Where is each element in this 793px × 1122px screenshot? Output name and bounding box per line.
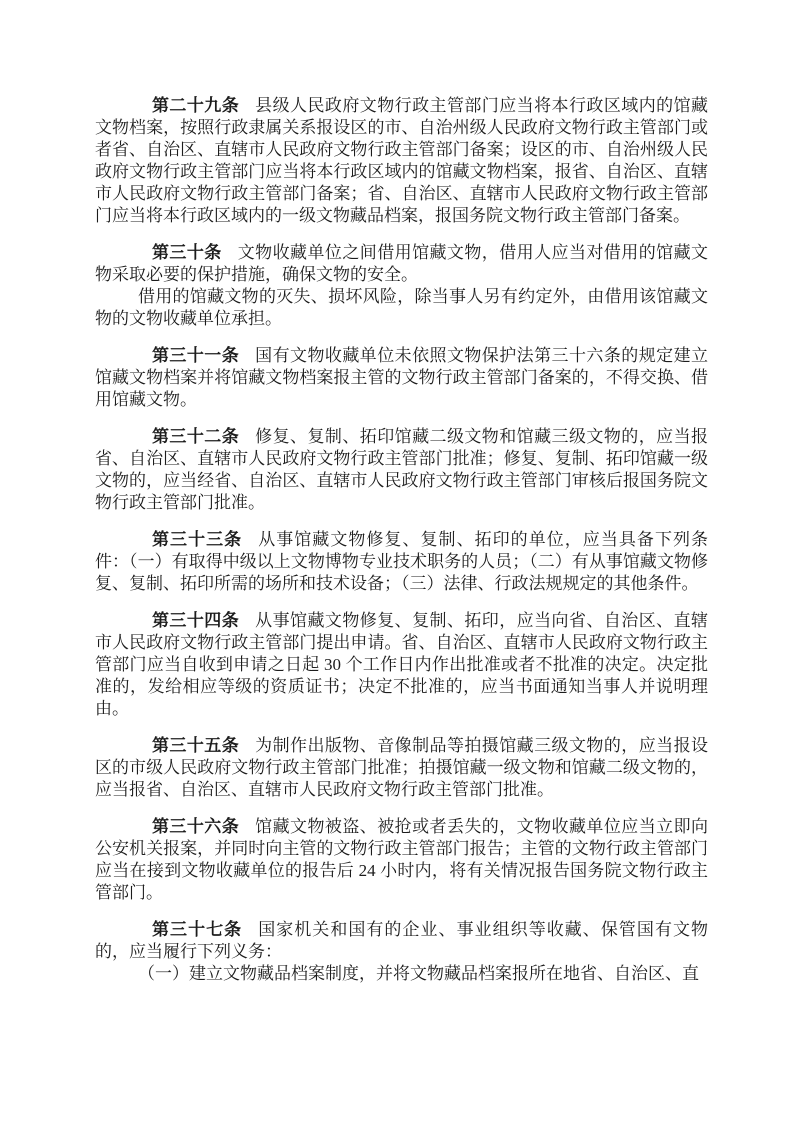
article-36-number: 第三十六条 (152, 817, 255, 836)
article-37-number: 第三十七条 (152, 920, 258, 939)
article-29-paragraph-1: 第二十九条县级人民政府文物行政主管部门应当将本行政区域内的馆藏文物档案，按照行政… (95, 95, 708, 227)
article-29-text: 县级人民政府文物行政主管部门应当将本行政区域内的馆藏文物档案，按照行政隶属关系报… (95, 96, 708, 225)
article-32: 第三十二条修复、复制、拓印馆藏二级文物和馆藏三级文物的，应当报省、自治区、直辖市… (95, 426, 708, 514)
article-34: 第三十四条从事馆藏文物修复、复制、拓印，应当向省、自治区、直辖市人民政府文物行政… (95, 610, 708, 720)
article-32-paragraph-1: 第三十二条修复、复制、拓印馆藏二级文物和馆藏三级文物的，应当报省、自治区、直辖市… (95, 426, 708, 514)
article-35: 第三十五条为制作出版物、音像制品等拍摄馆藏三级文物的，应当报设区的市级人民政府文… (95, 735, 708, 801)
article-30-number: 第三十条 (152, 243, 238, 262)
article-30-paragraph-2: 借用的馆藏文物的灭失、损坏风险，除当事人另有约定外，由借用该馆藏文物的文物收藏单… (95, 286, 708, 330)
article-33-number: 第三十三条 (152, 530, 258, 549)
document-page: 第二十九条县级人民政府文物行政主管部门应当将本行政区域内的馆藏文物档案，按照行政… (0, 0, 793, 1122)
article-34-number: 第三十四条 (152, 611, 255, 630)
article-37-item-1: （一）建立文物藏品档案制度，并将文物藏品档案报所在地省、自治区、直 (95, 963, 708, 985)
article-37: 第三十七条国家机关和国有的企业、事业组织等收藏、保管国有文物的，应当履行下列义务… (95, 919, 708, 985)
article-36-paragraph-1: 第三十六条馆藏文物被盗、被抢或者丢失的，文物收藏单位应当立即向公安机关报案，并同… (95, 816, 708, 904)
article-31-number: 第三十一条 (152, 346, 255, 365)
article-32-number: 第三十二条 (152, 427, 255, 446)
article-34-paragraph-1: 第三十四条从事馆藏文物修复、复制、拓印，应当向省、自治区、直辖市人民政府文物行政… (95, 610, 708, 720)
article-36: 第三十六条馆藏文物被盗、被抢或者丢失的，文物收藏单位应当立即向公安机关报案，并同… (95, 816, 708, 904)
article-31: 第三十一条国有文物收藏单位未依照文物保护法第三十六条的规定建立馆藏文物档案并将馆… (95, 345, 708, 411)
article-29-number: 第二十九条 (152, 96, 255, 115)
article-29: 第二十九条县级人民政府文物行政主管部门应当将本行政区域内的馆藏文物档案，按照行政… (95, 95, 708, 227)
article-37-paragraph-1: 第三十七条国家机关和国有的企业、事业组织等收藏、保管国有文物的，应当履行下列义务… (95, 919, 708, 963)
article-35-paragraph-1: 第三十五条为制作出版物、音像制品等拍摄馆藏三级文物的，应当报设区的市级人民政府文… (95, 735, 708, 801)
article-31-paragraph-1: 第三十一条国有文物收藏单位未依照文物保护法第三十六条的规定建立馆藏文物档案并将馆… (95, 345, 708, 411)
article-35-number: 第三十五条 (152, 736, 255, 755)
article-33-paragraph-1: 第三十三条从事馆藏文物修复、复制、拓印的单位，应当具备下列条件：（一）有取得中级… (95, 529, 708, 595)
article-30: 第三十条文物收藏单位之间借用馆藏文物，借用人应当对借用的馆藏文物采取必要的保护措… (95, 242, 708, 330)
article-33: 第三十三条从事馆藏文物修复、复制、拓印的单位，应当具备下列条件：（一）有取得中级… (95, 529, 708, 595)
article-30-paragraph-1: 第三十条文物收藏单位之间借用馆藏文物，借用人应当对借用的馆藏文物采取必要的保护措… (95, 242, 708, 286)
